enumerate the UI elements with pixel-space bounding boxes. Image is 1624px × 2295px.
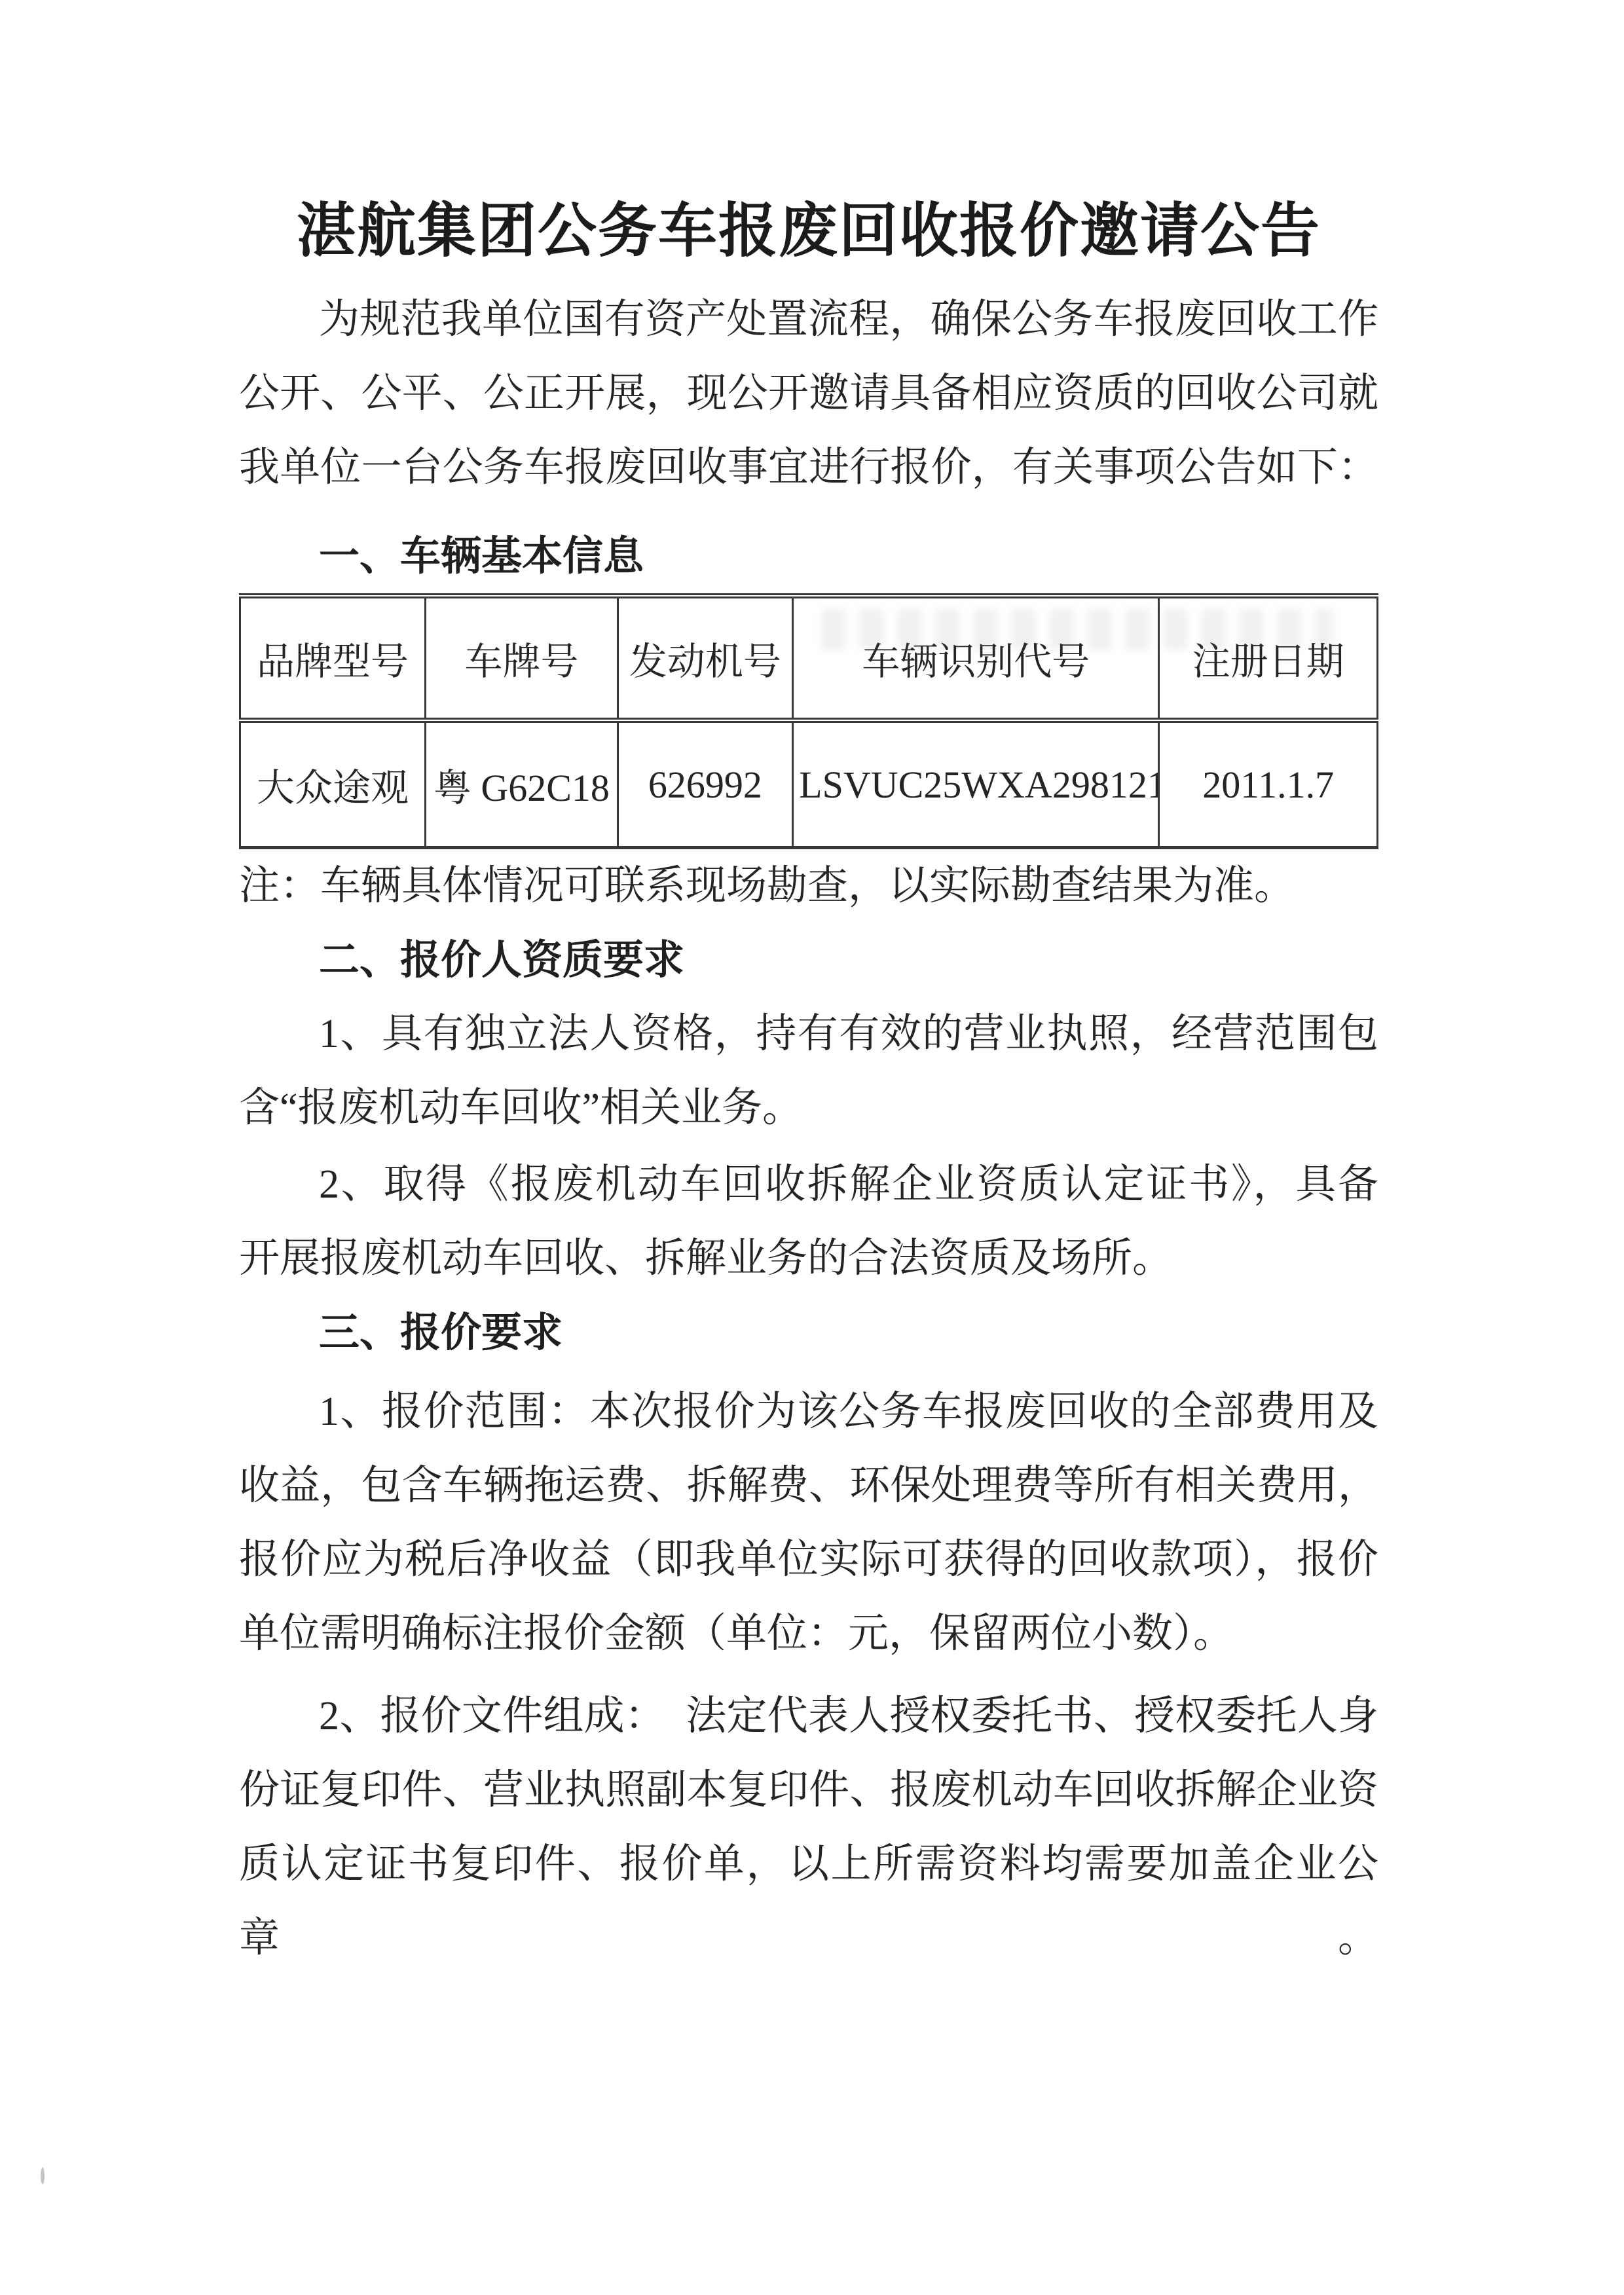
vehicle-table-data-row: 大众途观 粤 G62C18 626992 LSVUC25WXA2981210 2… — [240, 720, 1378, 848]
section-2-item-1: 1、具有独立法人资格，持有有效的营业执照，经营范围包 含“报废机动车回收”相关业… — [239, 997, 1378, 1145]
intro-line-2: 公开、公平、公正开展，现公开邀请具备相应资质的回收公司就 — [239, 357, 1378, 431]
document-title: 湛航集团公务车报废回收报价邀请公告 — [239, 195, 1378, 267]
intro-paragraph: 为规范我单位国有资产处置流程，确保公务车报废回收工作 公开、公平、公正开展，现公… — [239, 283, 1378, 505]
section-3-item-1-line-3: 报价应为税后净收益（即我单位实际可获得的回收款项），报价 — [239, 1523, 1378, 1597]
section-3-item-1: 1、报价范围：本次报价为该公务车报废回收的全部费用及 收益，包含车辆拖运费、拆解… — [239, 1375, 1378, 1671]
section-3-item-2-line-3: 质认定证书复印件、报价单，以上所需资料均需要加盖企业公章。 — [239, 1827, 1378, 1975]
section-2-item-2: 2、取得《报废机动车回收拆解企业资质认定证书》，具备 开展报废机动车回收、拆解业… — [239, 1148, 1378, 1296]
col-header-plate-number: 车牌号 — [426, 596, 618, 720]
col-header-engine-number: 发动机号 — [618, 596, 792, 720]
intro-line-1: 为规范我单位国有资产处置流程，确保公务车报废回收工作 — [239, 283, 1378, 357]
section-3-item-1-line-2: 收益，包含车辆拖运费、拆解费、环保处理费等所有相关费用， — [239, 1449, 1378, 1523]
section-1-heading: 一、车辆基本信息 — [239, 519, 1378, 593]
section-2-item-2-line-2: 开展报废机动车回收、拆解业务的合法资质及场所。 — [239, 1222, 1378, 1296]
cell-engine-number: 626992 — [618, 720, 792, 848]
col-header-vin: 车辆识别代号 — [793, 596, 1159, 720]
cell-register-date: 2011.1.7 — [1159, 720, 1378, 848]
section-3-heading: 三、报价要求 — [239, 1296, 1378, 1370]
vehicle-info-table: 品牌型号 车牌号 发动机号 车辆识别代号 注册日期 大众途观 粤 G62C18 … — [239, 593, 1378, 849]
scan-speck — [41, 2167, 45, 2184]
col-header-register-date: 注册日期 — [1159, 596, 1378, 720]
section-3-item-1-line-1: 1、报价范围：本次报价为该公务车报废回收的全部费用及 — [239, 1375, 1378, 1449]
intro-line-3: 我单位一台公务车报废回收事宜进行报价，有关事项公告如下： — [239, 431, 1378, 505]
section-2-item-1-line-1: 1、具有独立法人资格，持有有效的营业执照，经营范围包 — [239, 997, 1378, 1071]
section-2-heading: 二、报价人资质要求 — [239, 923, 1378, 997]
section-2-item-1-line-2: 含“报废机动车回收”相关业务。 — [239, 1071, 1378, 1145]
section-3-item-2: 2、报价文件组成： 法定代表人授权委托书、授权委托人身 份证复印件、营业执照副本… — [239, 1680, 1378, 1975]
document-page: 湛航集团公务车报废回收报价邀请公告 为规范我单位国有资产处置流程，确保公务车报废… — [0, 0, 1624, 2295]
section-2-item-2-line-1: 2、取得《报废机动车回收拆解企业资质认定证书》，具备 — [239, 1148, 1378, 1222]
section-3-item-2-line-2: 份证复印件、营业执照副本复印件、报废机动车回收拆解企业资 — [239, 1753, 1378, 1827]
col-header-brand-model: 品牌型号 — [240, 596, 426, 720]
section-3-item-1-line-4: 单位需明确标注报价金额（单位：元，保留两位小数）。 — [239, 1597, 1378, 1671]
cell-vin: LSVUC25WXA2981210 — [793, 720, 1159, 848]
cell-brand-model: 大众途观 — [240, 720, 426, 848]
cell-plate-number: 粤 G62C18 — [426, 720, 618, 848]
vehicle-table-header-row: 品牌型号 车牌号 发动机号 车辆识别代号 注册日期 — [240, 596, 1378, 720]
section-3-item-2-line-1: 2、报价文件组成： 法定代表人授权委托书、授权委托人身 — [239, 1680, 1378, 1753]
table-note: 注：车辆具体情况可联系现场勘查，以实际勘查结果为准。 — [239, 849, 1378, 923]
